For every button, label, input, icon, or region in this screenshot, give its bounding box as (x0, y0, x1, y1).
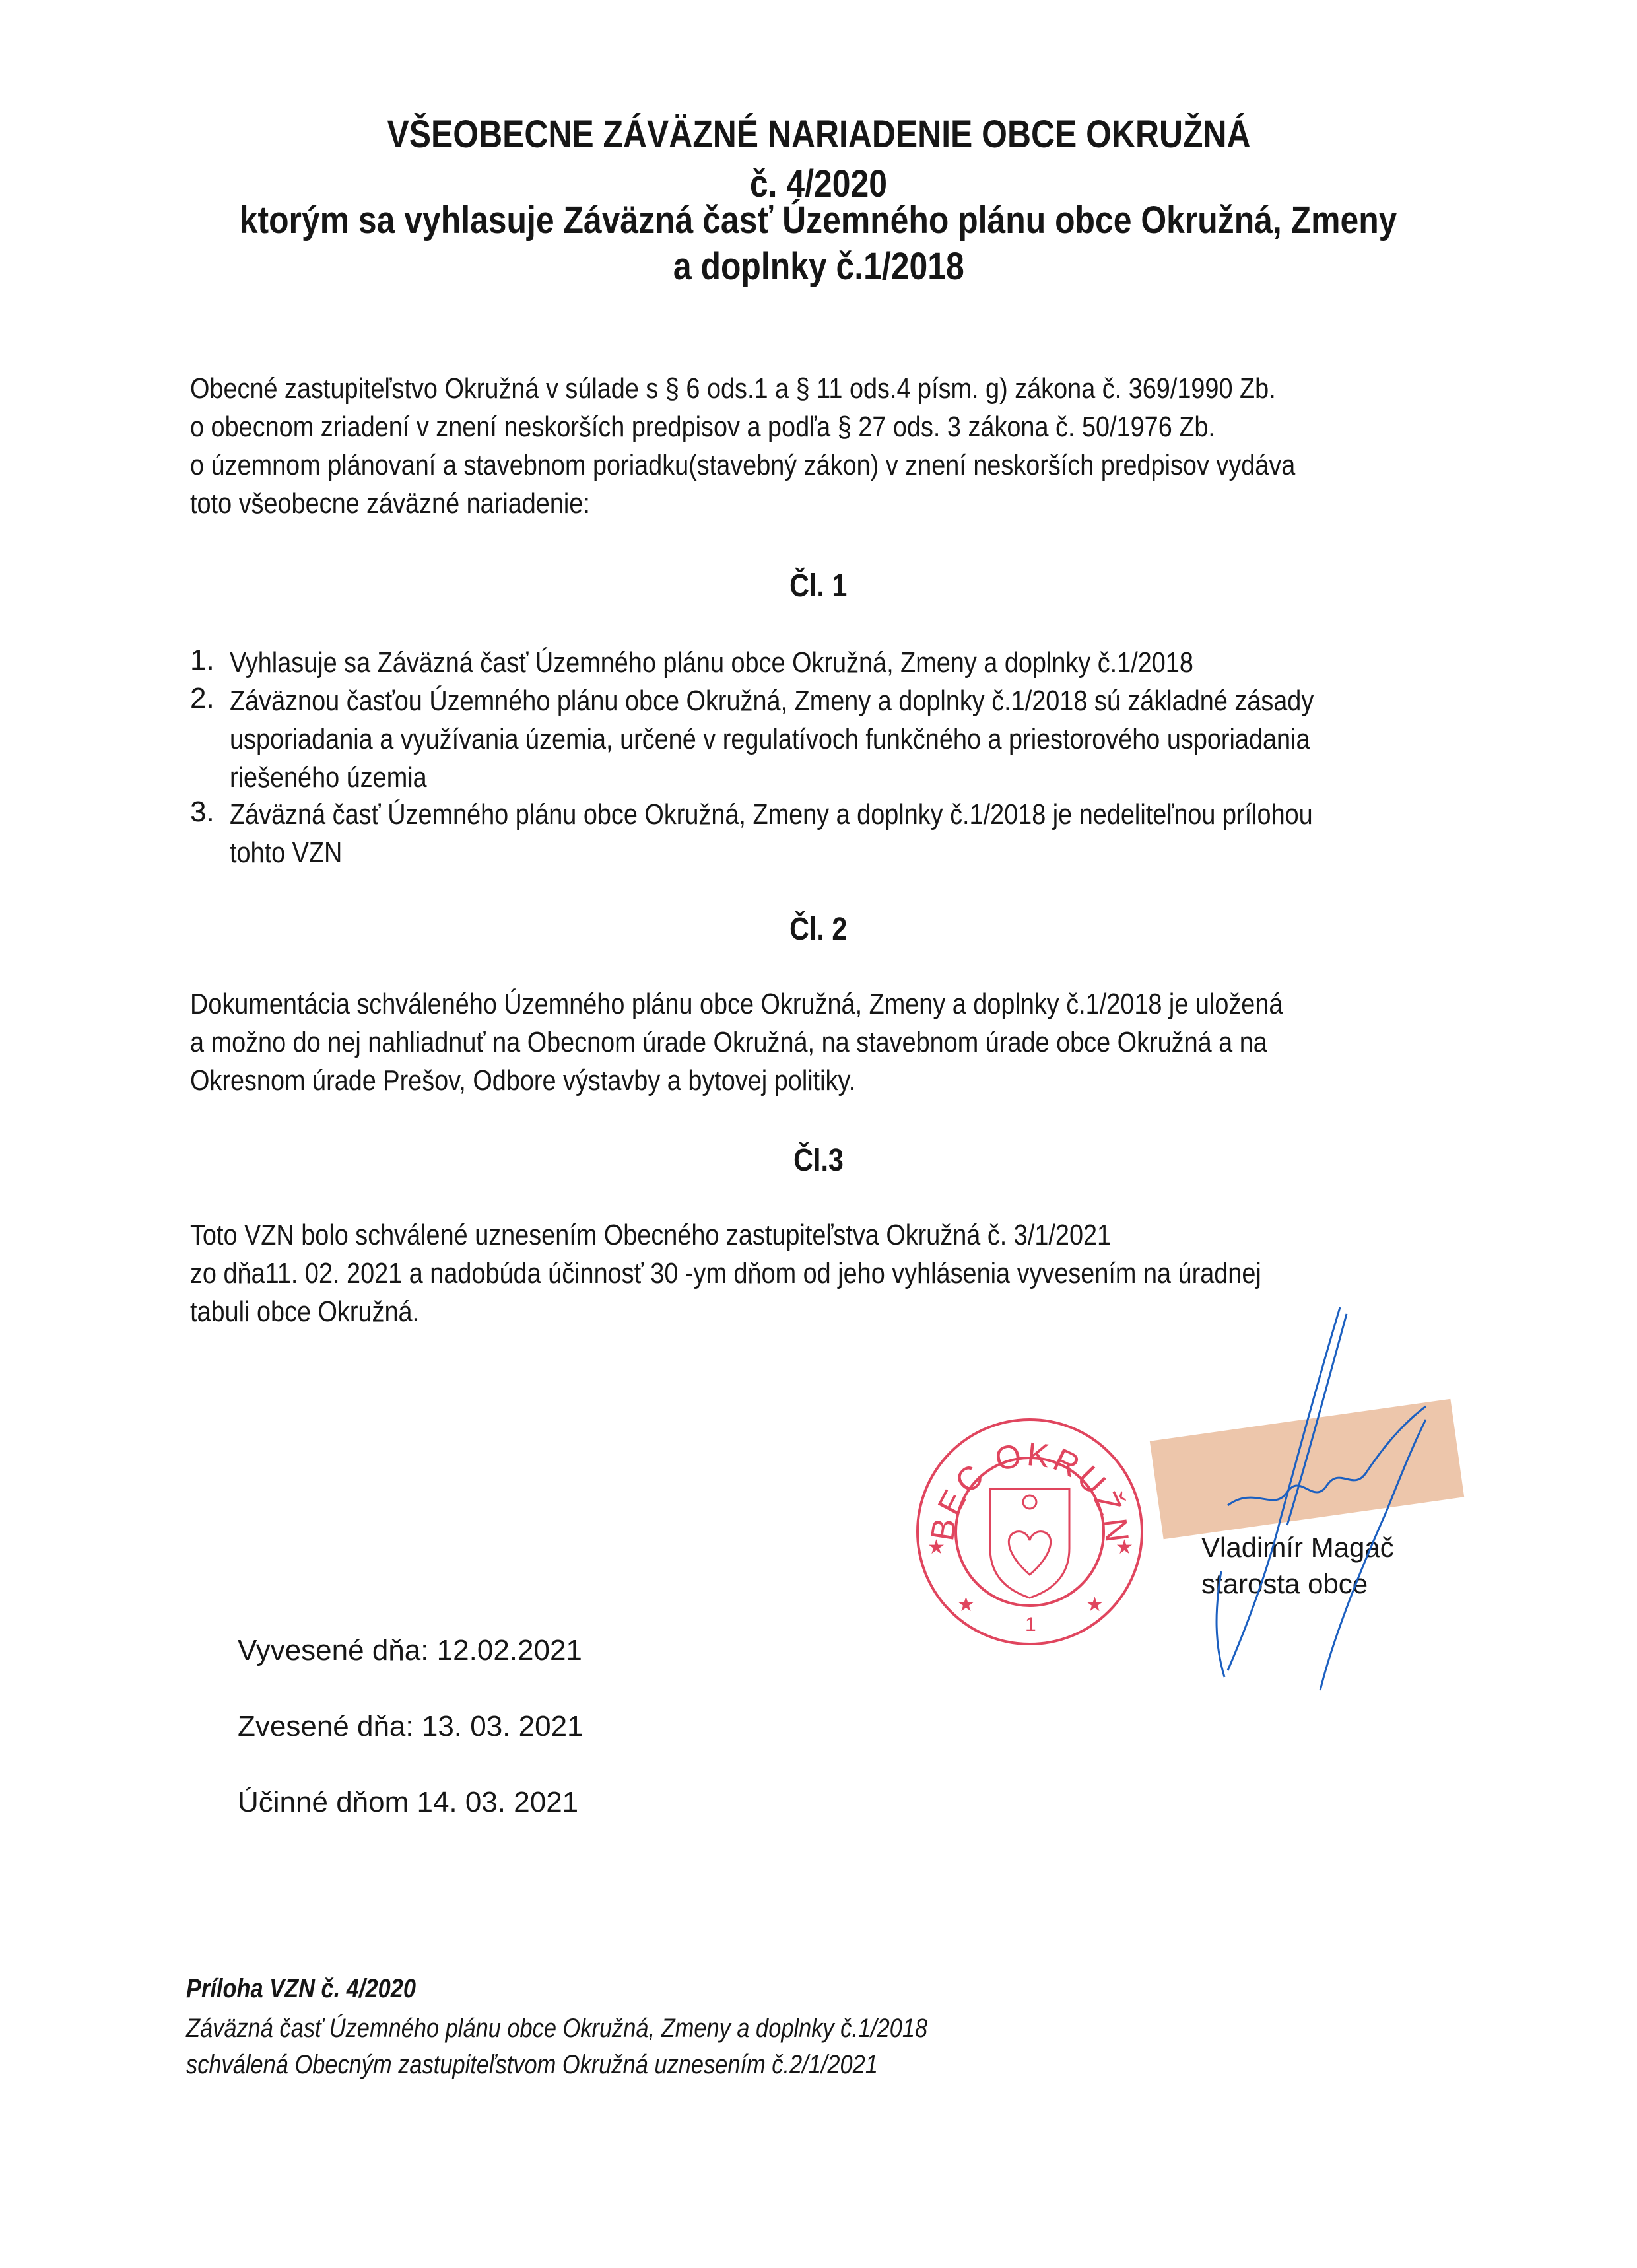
item-line: Záväznou časťou Územného plánu obce Okru… (230, 682, 1314, 720)
article-3-heading: Čl.3 (0, 1142, 1637, 1179)
stamp-number: 1 (1025, 1614, 1036, 1635)
title-line: ktorým sa vyhlasuje Záväzná časť Územnéh… (240, 198, 1397, 242)
stamp-text: OBEC OKRUŽNÁ (908, 1410, 1136, 1547)
item-line: tohto VZN (230, 834, 1313, 872)
preamble-line: o obecnom zriadení v znení neskorších pr… (190, 408, 1337, 446)
annex-line-2: schválená Obecným zastupiteľstvom Okružn… (186, 2050, 991, 2080)
preamble: Obecné zastupiteľstvo Okružná v súlade s… (190, 370, 1523, 523)
article-line: zo dňa11. 02. 2021 a nadobúda účinnosť 3… (190, 1254, 1261, 1293)
article-1-item-3: Záväzná časť Územného plánu obce Okružná… (230, 796, 1489, 872)
item-line: Záväzná časť Územného plánu obce Okružná… (230, 796, 1313, 834)
svg-text:★: ★ (957, 1593, 975, 1616)
svg-text:★: ★ (1116, 1536, 1133, 1559)
svg-text:OBEC OKRUŽNÁ: OBEC OKRUŽNÁ (908, 1410, 1136, 1547)
article-1-item-2: Záväznou časťou Územného plánu obce Okru… (230, 682, 1490, 797)
article-2-heading: Čl. 2 (0, 911, 1637, 947)
document-title: VŠEOBECNE ZÁVÄZNÉ NARIADENIE OBCE OKRUŽN… (0, 112, 1637, 156)
svg-text:★: ★ (1086, 1593, 1104, 1616)
item-line: usporiadania a využívania územia, určené… (230, 720, 1314, 759)
heading-text: Čl.3 (793, 1142, 844, 1179)
article-line: Okresnom úrade Prešov, Odbore výstavby a… (190, 1062, 1283, 1100)
article-1-heading: Čl. 1 (0, 568, 1637, 604)
annex-title: Príloha VZN č. 4/2020 (186, 1974, 453, 2004)
article-2-text: Dokumentácia schváleného Územného plánu … (190, 985, 1461, 1100)
svg-text:★: ★ (927, 1536, 945, 1559)
title-line: a doplnky č.1/2018 (673, 244, 964, 289)
annex-title-text: Príloha VZN č. 4/2020 (186, 1974, 416, 2004)
posted-date: Vyvesené dňa: 12.02.2021 (238, 1634, 582, 1667)
item-number: 1. (190, 644, 215, 677)
heading-text: Čl. 1 (789, 568, 847, 604)
article-line: Dokumentácia schváleného Územného plánu … (190, 985, 1283, 1023)
item-number: 2. (190, 682, 215, 715)
document-subtitle-2: a doplnky č.1/2018 (0, 244, 1637, 289)
item-line: Vyhlasuje sa Záväzná časť Územného plánu… (230, 644, 1193, 682)
effective-date: Účinné dňom 14. 03. 2021 (238, 1786, 578, 1819)
title-line: VŠEOBECNE ZÁVÄZNÉ NARIADENIE OBCE OKRUŽN… (387, 112, 1250, 156)
annex-line-1: Záväzná časť Územného plánu obce Okružná… (186, 2014, 1048, 2044)
article-line: tabuli obce Okružná. (190, 1293, 1261, 1331)
annex-line-text: Záväzná časť Územného plánu obce Okružná… (186, 2014, 927, 2044)
preamble-line: toto všeobecne záväzné nariadenie: (190, 485, 1337, 523)
preamble-line: Obecné zastupiteľstvo Okružná v súlade s… (190, 370, 1337, 408)
annex-line-text: schválená Obecným zastupiteľstvom Okružn… (186, 2050, 878, 2080)
removed-date: Zvesené dňa: 13. 03. 2021 (238, 1710, 584, 1743)
document-subtitle: ktorým sa vyhlasuje Záväzná časť Územnéh… (0, 198, 1637, 242)
preamble-line: o územnom plánovaní a stavebnom poriadku… (190, 446, 1337, 485)
article-line: Toto VZN bolo schválené uznesením Obecné… (190, 1216, 1261, 1254)
article-line: a možno do nej nahliadnuť na Obecnom úra… (190, 1023, 1283, 1062)
signature-icon (1149, 1294, 1492, 1703)
heading-text: Čl. 2 (789, 911, 847, 947)
item-number: 3. (190, 796, 215, 829)
article-1-item-1: Vyhlasuje sa Záväzná časť Územného plánu… (230, 644, 1351, 682)
municipal-stamp-icon: OBEC OKRUŽNÁ ★★ ★★ 1 (908, 1410, 1152, 1654)
item-line: riešeného územia (230, 759, 1314, 797)
